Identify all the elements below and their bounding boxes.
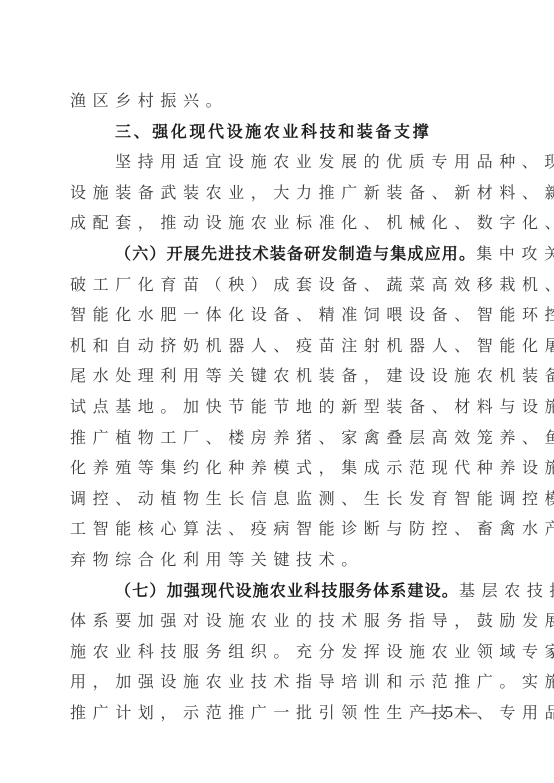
paragraph-line: 试点基地。加快节能节地的新型装备、材料与设施应用，因地制宜 (70, 392, 460, 423)
paragraph-line: 体系要加强对设施农业的技术服务指导，鼓励发展各类社会化设 (70, 606, 460, 637)
body-text: 渔区乡村振兴。 三、强化现代设施农业科技和装备支撑 坚持用适宜设施农业发展的优质… (70, 86, 460, 728)
section-heading: 三、强化现代设施农业科技和装备支撑 (70, 117, 460, 148)
paragraph-text: 集中攻关突 (476, 244, 554, 263)
paragraph-line: （六）开展先进技术装备研发制造与集成应用。集中攻关突 (70, 239, 460, 270)
paragraph-line: （七）加强现代设施农业科技服务体系建设。基层农技推广 (70, 576, 460, 607)
paragraph-line: 破工厂化育苗（秧）成套设备、蔬菜高效移栽机、设施植保机器人、 (70, 270, 460, 301)
paragraph-line: 弃物综合化利用等关键技术。 (70, 545, 460, 576)
subsection-title: （六）开展先进技术装备研发制造与集成应用。 (115, 244, 476, 263)
paragraph-line: 尾水处理利用等关键农机装备，建设设施农机装备研产推用贯通 (70, 361, 460, 392)
paragraph-line: 机和自动挤奶机器人、疫苗注射机器人、智能化屠宰设备、粪污及 (70, 331, 460, 362)
paragraph-line: 用，加强设施农业技术指导培训和示范推广。实施重大技术协同 (70, 667, 460, 698)
document-page: 渔区乡村振兴。 三、强化现代设施农业科技和装备支撑 坚持用适宜设施农业发展的优质… (0, 0, 554, 783)
page-number: — 5 — (420, 704, 480, 722)
paragraph-line: 工智能核心算法、疫病智能诊断与防控、畜禽水产品减损保鲜、废 (70, 514, 460, 545)
paragraph-line: 坚持用适宜设施农业发展的优质专用品种、现代技术与先进 (70, 147, 460, 178)
subsection-title: （七）加强现代设施农业科技服务体系建设。 (115, 581, 459, 600)
paragraph-text: 基层农技推广 (459, 581, 554, 600)
paragraph-line: 推广计划，示范推广一批引领性生产技术、专用品种。组织开展设 (70, 698, 460, 729)
paragraph-line: 智能化水肥一体化设备、精准饲喂设备、智能环控设备、转盘挤奶 (70, 300, 460, 331)
paragraph-line: 成配套，推动设施农业标准化、机械化、数字化、智能化。 (70, 208, 460, 239)
paragraph-line: 化养殖等集约化种养模式，集成示范现代种养设施设计、环境精准 (70, 453, 460, 484)
paragraph-line: 施农业科技服务组织。充分发挥设施农业领域专家、技术人员作 (70, 637, 460, 668)
paragraph-line: 调控、动植物生长信息监测、生长发育智能调控模型、大数据和人 (70, 484, 460, 515)
paragraph-line: 推广植物工厂、楼房养猪、家禽叠层高效笼养、鱼菜共生立体工厂 (70, 423, 460, 454)
paragraph-line: 渔区乡村振兴。 (70, 86, 460, 117)
paragraph-line: 设施装备武装农业，大力推广新装备、新材料、新技术、新结构并集 (70, 178, 460, 209)
